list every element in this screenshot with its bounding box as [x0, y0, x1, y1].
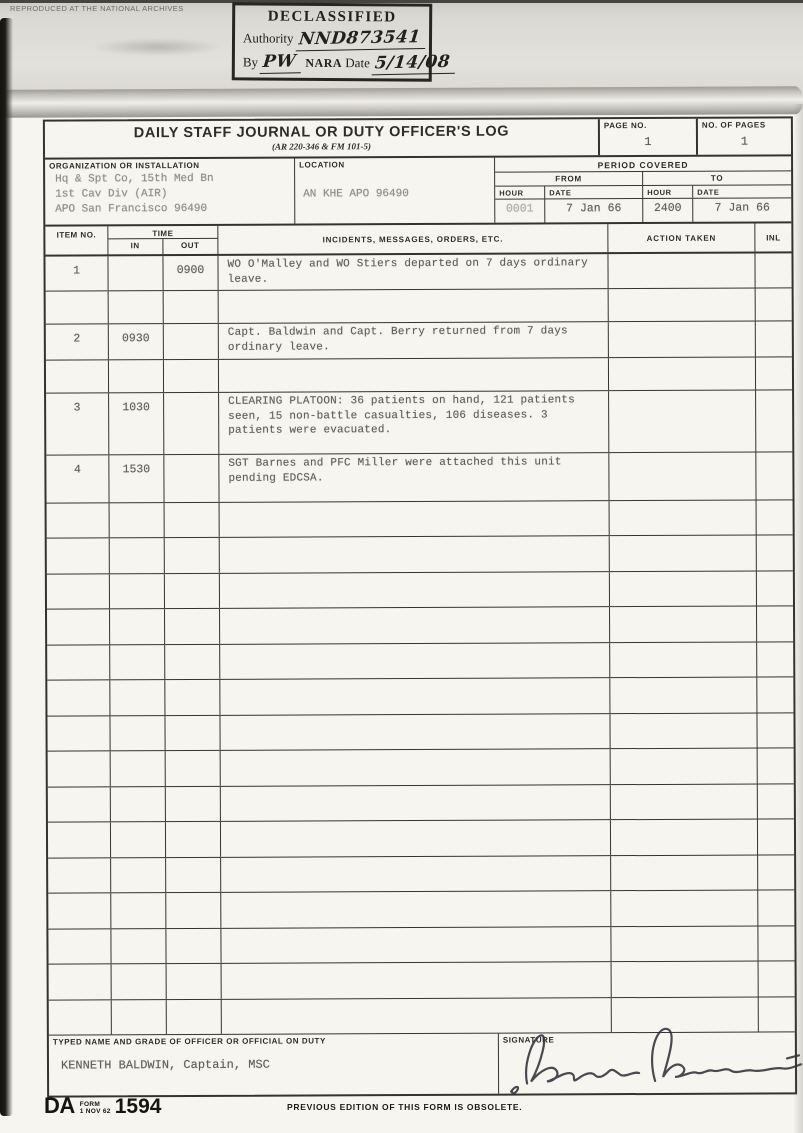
table-row: [48, 891, 794, 930]
table-row: 1 0900 WO O'Malley and WO Stiers departe…: [45, 253, 791, 291]
cell-item-no: [48, 894, 111, 929]
cell-time-out: [166, 928, 221, 963]
cell-initials: [756, 288, 792, 320]
period-covered-box: PERIOD COVERED FROM TO HOUR DATE HOUR DA…: [495, 156, 791, 222]
cell-initials: [756, 321, 792, 356]
cell-initials: [757, 536, 793, 571]
form-word: FORM: [80, 1101, 111, 1108]
cell-time-out: [166, 787, 221, 822]
cell-time-in: [110, 645, 165, 680]
form-number-block: DA FORM 1 NOV 62 1594: [44, 1096, 161, 1116]
table-row: [47, 536, 793, 575]
from-hour-value: 0001: [495, 199, 545, 222]
cell-incident-text: [221, 927, 611, 963]
table-row: [47, 642, 793, 681]
cell-time-in: [111, 787, 166, 822]
cell-time-out: [166, 893, 221, 928]
column-header-inl: INL: [755, 223, 791, 251]
scan-left-edge-shadow: [0, 18, 13, 1116]
form-subtitle: (AR 220-346 & FM 101-5): [45, 140, 598, 152]
page-no-box: PAGE NO. 1: [598, 119, 696, 155]
cell-item-no: [47, 716, 110, 751]
from-date-value: 7 Jan 66: [545, 199, 643, 222]
cell-item-no: [47, 610, 110, 645]
cell-time-in: [111, 858, 166, 893]
table-row: [48, 749, 794, 788]
no-of-pages-value: 1: [698, 134, 791, 148]
form-word-date-stack: FORM 1 NOV 62: [80, 1101, 111, 1115]
cell-time-in: [112, 1000, 167, 1035]
table-row: [47, 500, 793, 539]
cell-time-out: [166, 822, 221, 857]
cell-action-taken: [609, 453, 756, 501]
certification-band: TYPED NAME AND GRADE OF OFFICER OR OFFIC…: [49, 1032, 795, 1095]
cell-action-taken: [610, 536, 757, 571]
organization-line2: 1st Cav Div (AIR): [45, 187, 294, 203]
cell-item-no: [47, 645, 110, 680]
organization-line1: Hq & Spt Co, 15th Med Bn: [45, 172, 294, 188]
stamp-authority-line: Authority NND873541: [243, 27, 421, 50]
cell-incident-text: [220, 679, 610, 715]
cell-initials: [759, 961, 795, 996]
cell-item-no: [47, 681, 110, 716]
cell-incident-text: SGT Barnes and PFC Miller were attached …: [219, 453, 609, 502]
cell-initials: [758, 820, 794, 855]
cell-incident-text: [220, 501, 610, 537]
cell-item-no: [47, 503, 110, 538]
cell-action-taken: [608, 254, 755, 289]
typed-name-box: TYPED NAME AND GRADE OF OFFICER OR OFFIC…: [49, 1034, 499, 1096]
cell-initials: [758, 784, 794, 819]
to-date-label: DATE: [693, 185, 791, 197]
cell-time-in: [110, 503, 165, 538]
cell-time-out: [166, 858, 221, 893]
cell-item-no: [48, 787, 111, 822]
no-of-pages-box: NO. OF PAGES 1: [696, 118, 791, 154]
stamp-date-value: 5/14/08: [372, 52, 458, 76]
cell-time-in: [110, 680, 165, 715]
cell-time-out: [165, 645, 220, 680]
column-header-action-taken: ACTION TAKEN: [608, 224, 755, 253]
cell-time-out: [164, 324, 219, 359]
cell-action-taken: [610, 678, 757, 713]
cell-item-no: [48, 929, 111, 964]
cell-time-in: 1030: [109, 393, 164, 454]
table-row: [47, 678, 793, 717]
time-label: TIME: [108, 226, 217, 239]
table-row: [46, 357, 792, 393]
cell-incident-text: [221, 749, 611, 785]
cell-time-out: [165, 538, 220, 573]
cell-item-no: [48, 858, 111, 893]
cell-time-in: [112, 964, 167, 999]
cell-time-in: 0930: [109, 324, 164, 359]
cell-initials: [757, 642, 793, 677]
organization-label: ORGANIZATION OR INSTALLATION: [45, 159, 294, 173]
stamp-date-label: Date: [345, 55, 370, 70]
cell-incident-text: [220, 643, 610, 679]
cell-initials: [758, 855, 794, 890]
table-row: [48, 926, 794, 965]
stamp-authority-label: Authority: [243, 30, 294, 45]
form-header: DAILY STAFF JOURNAL OR DUTY OFFICER'S LO…: [45, 118, 791, 159]
stamp-by-label: By: [243, 54, 258, 69]
cell-time-in: [110, 539, 165, 574]
cell-time-out: [164, 393, 219, 454]
table-row: 3 1030 CLEARING PLATOON: 36 patients on …: [46, 390, 792, 455]
cell-initials: [757, 607, 793, 642]
cell-incident-text: [221, 856, 611, 892]
cell-initials: [756, 357, 792, 389]
cell-time-in: 1530: [109, 455, 164, 502]
cell-time-in: [111, 822, 166, 857]
cell-item-no: [49, 1000, 112, 1035]
cell-time-out: [165, 680, 220, 715]
scan-right-edge-shadow: [793, 104, 803, 1133]
period-covered-label: PERIOD COVERED: [495, 156, 791, 172]
cell-incident-text: Capt. Baldwin and Capt. Berry returned f…: [219, 322, 609, 359]
cell-initials: [757, 500, 793, 535]
signature-box: SIGNATURE: [499, 1032, 795, 1093]
cell-action-taken: [610, 713, 757, 748]
cell-time-out: [165, 609, 220, 644]
cell-time-in: [109, 291, 164, 323]
cell-incident-text: [220, 608, 610, 644]
cell-action-taken: [610, 501, 757, 536]
organization-box: ORGANIZATION OR INSTALLATION Hq & Spt Co…: [45, 159, 295, 225]
cell-incident-text: [221, 785, 611, 821]
cell-time-out: [164, 291, 219, 323]
cell-time-out: [165, 503, 220, 538]
stamp-by-value: PW: [260, 51, 303, 74]
cell-incident-text: [222, 962, 612, 998]
cell-action-taken: [611, 820, 758, 855]
to-date-value: 7 Jan 66: [693, 198, 791, 221]
form-title-cell: DAILY STAFF JOURNAL OR DUTY OFFICER'S LO…: [45, 119, 598, 157]
cell-time-in: [110, 610, 165, 645]
page-no-label: PAGE NO.: [600, 119, 696, 132]
cell-item-no: [49, 964, 112, 999]
cell-time-out: [165, 716, 220, 751]
table-row: [48, 784, 794, 823]
declassified-stamp: DECLASSIFIED Authority NND873541 By PW N…: [232, 2, 433, 81]
table-row: [49, 961, 795, 1000]
cell-incident-text: [219, 289, 609, 323]
no-of-pages-label: NO. OF PAGES: [698, 118, 791, 131]
cell-item-no: [47, 574, 110, 609]
location-value: AN KHE APO 96490: [295, 188, 494, 201]
organization-line3: APO San Francisco 96490: [45, 202, 294, 218]
table-header: ITEM NO. TIME IN OUT INCIDENTS, MESSAGES…: [45, 223, 791, 256]
table-row: 2 0930 Capt. Baldwin and Capt. Berry ret…: [46, 321, 792, 360]
cell-action-taken: [610, 607, 757, 642]
from-date-label: DATE: [545, 186, 643, 198]
to-hour-label: HOUR: [643, 186, 693, 198]
cell-item-no: 1: [45, 256, 108, 290]
cell-item-no: [48, 752, 111, 787]
table-row: [46, 288, 792, 324]
cell-action-taken: [611, 891, 758, 926]
period-hour-date-labels: HOUR DATE HOUR DATE: [495, 185, 791, 199]
period-values-row: 0001 7 Jan 66 2400 7 Jan 66: [495, 198, 791, 222]
table-body: 1 0900 WO O'Malley and WO Stiers departe…: [45, 253, 794, 1035]
cell-time-out: [164, 360, 219, 392]
cell-initials: [756, 452, 792, 499]
cell-time-out: [164, 455, 219, 502]
cell-initials: [758, 749, 794, 784]
cell-time-in: [111, 893, 166, 928]
cell-action-taken: [609, 358, 756, 391]
period-to-label: TO: [643, 171, 791, 185]
cell-initials: [758, 891, 794, 926]
cell-item-no: [48, 823, 111, 858]
cell-action-taken: [611, 926, 758, 961]
handwritten-signature: [505, 1018, 803, 1105]
paper-fold-crease: [0, 86, 803, 118]
cell-action-taken: [611, 855, 758, 890]
archives-watermark: REPRODUCED AT THE NATIONAL ARCHIVES: [10, 4, 184, 13]
stamp-by-line: By PW NARA Date 5/14/08: [243, 51, 421, 74]
from-hour-label: HOUR: [495, 186, 545, 198]
cell-time-out: [167, 964, 222, 999]
cell-time-in: [111, 929, 166, 964]
stamp-title: DECLASSIFIED: [243, 8, 421, 26]
cell-time-out: [165, 574, 220, 609]
da-prefix: DA: [44, 1096, 75, 1116]
cell-time-out: 0900: [163, 256, 218, 290]
cell-time-in: [111, 751, 166, 786]
cell-action-taken: [610, 571, 757, 606]
da-form-1594: DAILY STAFF JOURNAL OR DUTY OFFICER'S LO…: [43, 116, 797, 1097]
cell-initials: [758, 926, 794, 961]
cell-action-taken: [611, 749, 758, 784]
cell-item-no: [46, 360, 109, 392]
cell-time-in: [110, 716, 165, 751]
cell-action-taken: [612, 962, 759, 997]
cell-incident-text: [220, 714, 610, 750]
cell-incident-text: [220, 572, 610, 608]
cell-time-out: [167, 999, 222, 1034]
cell-time-in: [108, 256, 163, 290]
column-header-time: TIME IN OUT: [108, 226, 218, 254]
table-row: [48, 820, 794, 859]
table-row: [47, 571, 793, 610]
cell-time-in: [110, 574, 165, 609]
cell-item-no: [47, 539, 110, 574]
cell-time-out: [166, 751, 221, 786]
stamp-authority-value: NND873541: [295, 27, 427, 51]
cell-incident-text: WO O'Malley and WO Stiers departed on 7 …: [218, 254, 608, 290]
column-header-in: IN: [108, 239, 163, 254]
cell-initials: [756, 390, 792, 451]
cell-initials: [757, 678, 793, 713]
table-row: [47, 713, 793, 752]
table-row: 4 1530 SGT Barnes and PFC Miller were at…: [46, 452, 792, 503]
period-from-label: FROM: [495, 172, 643, 186]
page-no-value: 1: [600, 135, 696, 149]
cell-action-taken: [610, 642, 757, 677]
cell-initials: [755, 253, 791, 287]
to-hour-value: 2400: [643, 199, 693, 222]
cell-item-no: 3: [46, 393, 109, 454]
stamp-nara-label: NARA: [305, 56, 342, 70]
form-number: 1594: [115, 1097, 162, 1116]
form-edition-date: 1 NOV 62: [80, 1108, 111, 1115]
form-title: DAILY STAFF JOURNAL OR DUTY OFFICER'S LO…: [45, 123, 598, 141]
typed-name-label: TYPED NAME AND GRADE OF OFFICER OR OFFIC…: [49, 1034, 498, 1049]
obsolete-note: PREVIOUS EDITION OF THIS FORM IS OBSOLET…: [287, 1102, 522, 1112]
cell-incident-text: [221, 891, 611, 927]
cell-incident-text: CLEARING PLATOON: 36 patients on hand, 1…: [219, 391, 609, 454]
cell-incident-text: [221, 820, 611, 856]
cell-item-no: 4: [46, 455, 109, 502]
period-from-to-row: FROM TO: [495, 171, 791, 186]
pencil-smudge: [92, 38, 222, 56]
typed-name-value: KENNETH BALDWIN, Captain, MSC: [61, 1057, 498, 1073]
table-row: [48, 855, 794, 894]
cell-action-taken: [609, 391, 756, 453]
cell-item-no: [46, 291, 109, 323]
cell-initials: [757, 571, 793, 606]
table-row: [47, 607, 793, 646]
location-box: LOCATION AN KHE APO 96490: [295, 158, 495, 224]
cell-time-in: [109, 360, 164, 392]
cell-item-no: 2: [46, 324, 109, 359]
form-info-band: ORGANIZATION OR INSTALLATION Hq & Spt Co…: [45, 156, 791, 226]
location-label: LOCATION: [295, 158, 494, 172]
column-header-item-no: ITEM NO.: [45, 226, 108, 254]
cell-action-taken: [611, 784, 758, 819]
column-header-out: OUT: [163, 239, 218, 254]
column-header-incidents: INCIDENTS, MESSAGES, ORDERS, ETC.: [218, 224, 608, 254]
cell-incident-text: [220, 537, 610, 573]
cell-initials: [757, 713, 793, 748]
cell-action-taken: [609, 289, 756, 322]
cell-incident-text: [219, 358, 609, 392]
cell-action-taken: [609, 322, 756, 358]
